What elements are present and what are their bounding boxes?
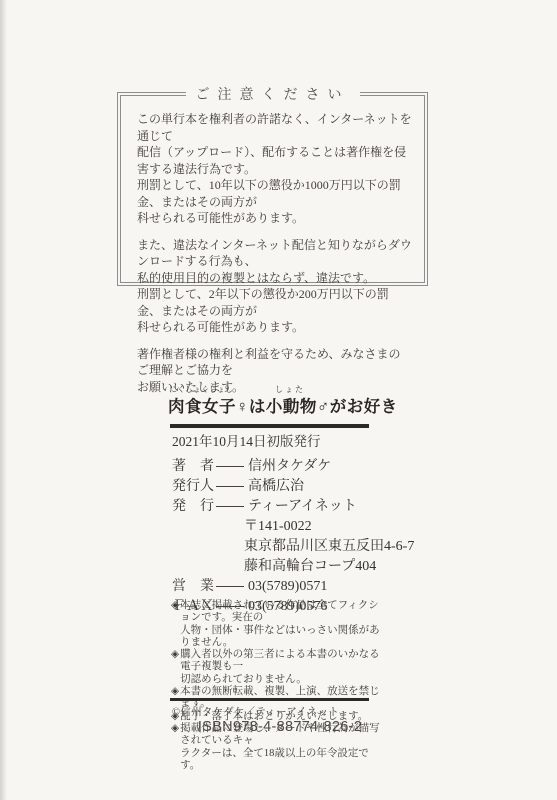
diamond-bullet-icon: ◈ xyxy=(171,723,179,772)
postal-code: 〒141-0022 xyxy=(244,517,414,537)
scan-edge-shadow xyxy=(0,0,7,800)
legal-notes: ◈ 本誌に掲載されている作品は全てフィクションです。実在の 人物・団体・事件など… xyxy=(171,600,383,772)
publisher-name: ティーアイネット xyxy=(248,499,357,514)
notice-paragraph-2: また、違法なインターネット配信と知りながらダウンロードする行為も、 私的使用目的… xyxy=(137,237,412,336)
title-divider-rule xyxy=(170,424,369,428)
note-digital-copy: ◈ 購入者以外の第三者による本書のいかなる電子複製も一 切認められておりません。 xyxy=(171,649,383,686)
furigana-left: にくしょくじょし xyxy=(168,384,234,395)
furigana-right: しょた xyxy=(264,384,316,395)
dash-line xyxy=(216,586,244,587)
publisher-label: 発 行 xyxy=(172,497,216,517)
book-title: にくしょくじょし しょた 肉食女子♀は小動物♂がお好き xyxy=(168,384,398,417)
publication-info: 著 者信州タケダケ 発行人高橋広治 発 行ティーアイネット 〒141-0022 … xyxy=(172,457,414,617)
sales-phone-row: 営 業03(5789)0571 xyxy=(172,577,414,597)
author-name: 信州タケダケ xyxy=(248,459,331,474)
copyright-line: ©信州タケダケ／ティーアイネット xyxy=(172,704,339,719)
sales-phone: 03(5789)0571 xyxy=(248,579,327,594)
dash-line xyxy=(216,506,244,507)
edition-date: 2021年10月14日初版発行 xyxy=(172,430,321,450)
issuer-name: 高橋広治 xyxy=(248,479,304,494)
diamond-bullet-icon: ◈ xyxy=(171,600,179,649)
note-fiction: ◈ 本誌に掲載されている作品は全てフィクションです。実在の 人物・団体・事件など… xyxy=(171,600,383,649)
copyright-notice-box: ご注意ください この単行本を権利者の許諾なく、インターネットを通じて 配信（アッ… xyxy=(117,92,428,286)
sales-label: 営 業 xyxy=(172,577,216,597)
dash-line xyxy=(216,486,244,487)
issuer-label: 発行人 xyxy=(172,477,216,497)
notice-paragraph-1: この単行本を権利者の許諾なく、インターネットを通じて 配信（アップロード）、配布… xyxy=(137,111,412,227)
notice-title: ご注意ください xyxy=(186,84,360,104)
address-line-2: 藤和高輪台コープ404 xyxy=(244,557,414,577)
publisher-row: 発 行ティーアイネット xyxy=(172,497,414,517)
address-line-1: 東京都品川区東五反田4-6-7 xyxy=(244,537,414,557)
bottom-divider-rule xyxy=(170,698,369,701)
issuer-row: 発行人高橋広治 xyxy=(172,477,414,497)
colophon-page: ご注意ください この単行本を権利者の許諾なく、インターネットを通じて 配信（アッ… xyxy=(0,0,557,800)
isbn-number: ISBN978-4-88774-826-2 xyxy=(180,719,380,735)
author-label: 著 者 xyxy=(172,457,216,477)
diamond-bullet-icon: ◈ xyxy=(171,649,179,686)
author-row: 著 者信州タケダケ xyxy=(172,457,414,477)
dash-line xyxy=(216,466,244,467)
notice-body: この単行本を権利者の許諾なく、インターネットを通じて 配信（アップロード）、配布… xyxy=(121,96,424,395)
